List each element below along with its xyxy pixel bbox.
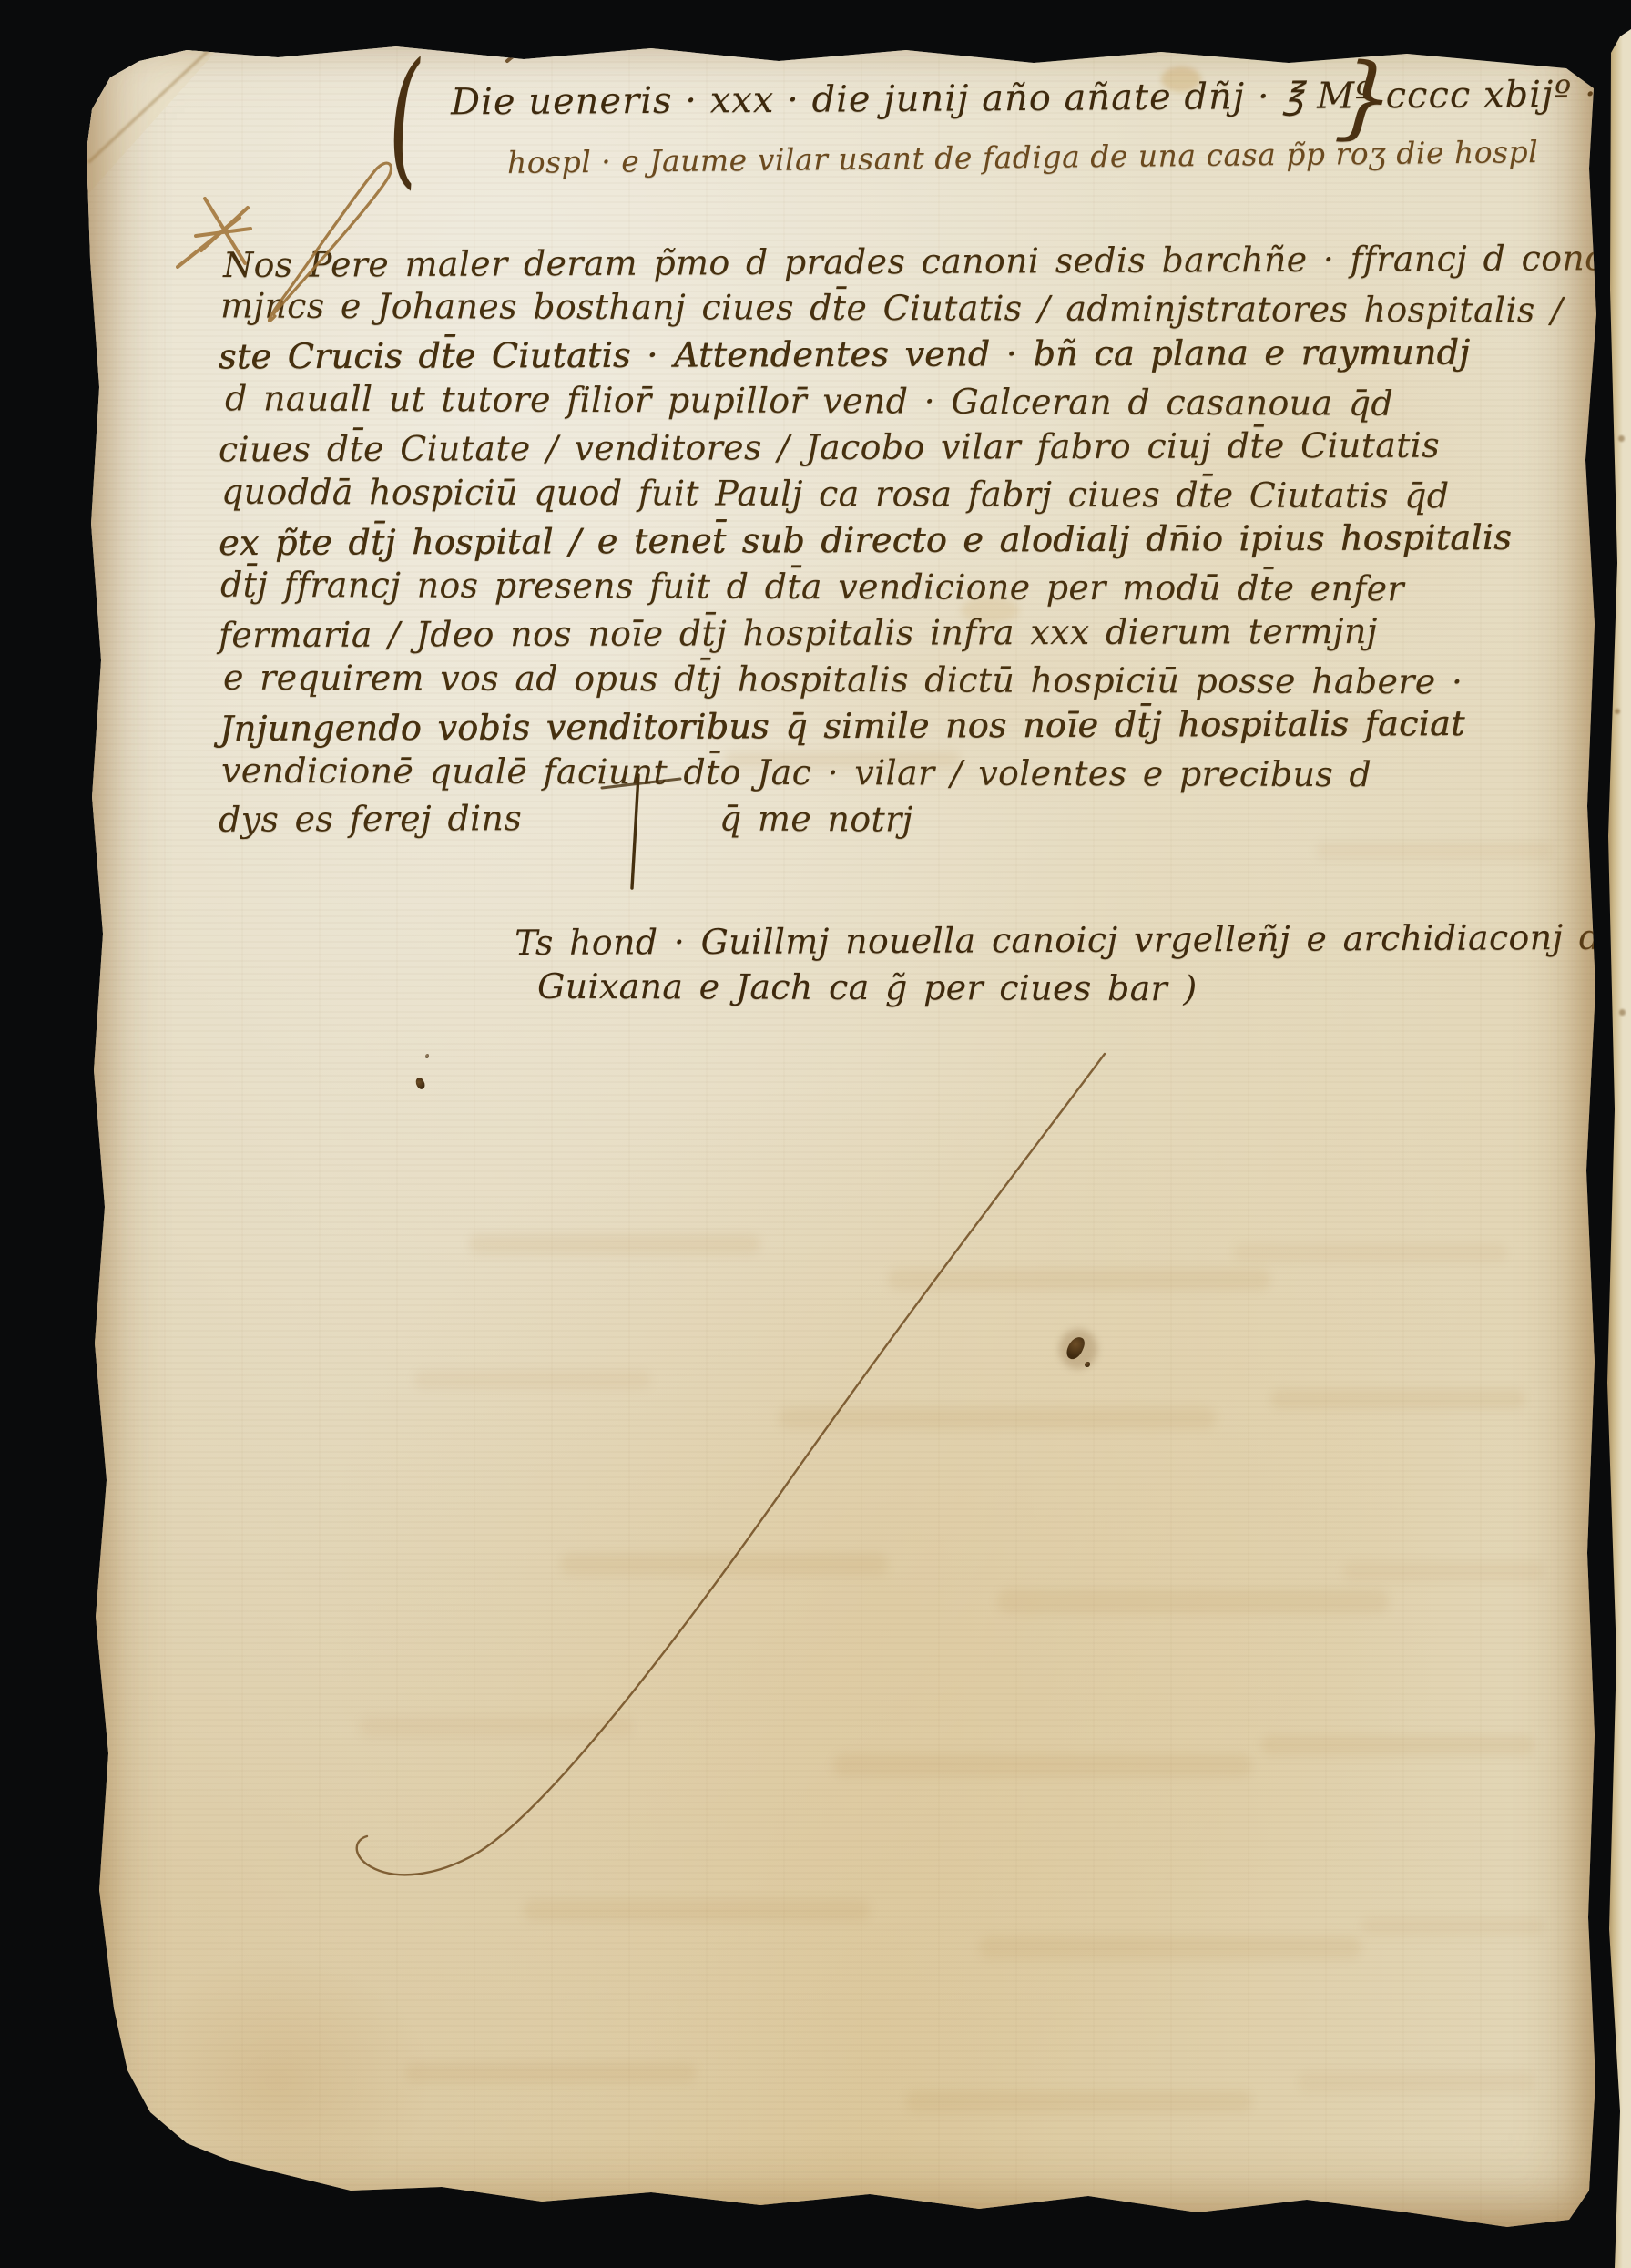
register-note: hospl · e Jaume vilar usant de fadiga de… — [507, 134, 1539, 180]
body-text-line: vendicionē qualē faciunt dt̄o Jac · vila… — [221, 751, 1371, 794]
ghost-text-smudge — [414, 1371, 651, 1389]
ghost-text-smudge — [1261, 1735, 1534, 1755]
ghost-text-smudge — [779, 1407, 1216, 1429]
manuscript-page: ( Die ueneris · xxx · die junij año añat… — [87, 23, 1598, 2232]
body-text-line: ciues dt̄e Ciutate / venditores / Jacobo… — [219, 425, 1440, 470]
ghost-text-smudge — [469, 1234, 760, 1254]
body-text-line: fermaria / Jdeo nos noīe dt̄j hospitalis… — [219, 611, 1378, 655]
ghost-text-smudge — [1343, 1562, 1544, 1580]
ink-speck — [413, 1077, 426, 1091]
body-text-line: Jnjungendo vobis venditoribus q̄ simile … — [219, 703, 1465, 749]
body-last-line-right: q̄ me notrj — [719, 798, 913, 839]
stain — [314, 1070, 1453, 2118]
stain — [123, 1954, 433, 2209]
next-folio-edge — [1606, 16, 1631, 2268]
body-text-line: e requirem vos ad opus dt̄j hospitalis d… — [223, 658, 1463, 702]
ghost-text-smudge — [1270, 1389, 1525, 1409]
ghost-text-smudge — [979, 1936, 1361, 1959]
witness-clause-line: Guixana e Jach ca g̃ per ciues bar ) — [537, 966, 1198, 1009]
fold-crease-line — [87, 30, 230, 164]
ink-blot-halo — [1059, 1329, 1097, 1369]
date-paraph-bracket-icon: ( — [384, 48, 424, 189]
ghost-text-smudge — [833, 1753, 1252, 1777]
ghost-text-smudge — [1316, 843, 1553, 859]
body-text-line: mjncs e Johanes bosthanj ciues dt̄e Ciut… — [220, 285, 1563, 330]
ghost-text-smudge — [1234, 1243, 1507, 1262]
ghost-text-smudge — [906, 2090, 1252, 2112]
witness-clause-line: Ts hond · Guillmj nouella canoicj vrgell… — [515, 917, 1602, 963]
ghost-text-smudge — [360, 1717, 633, 1737]
manuscript-photo: ( Die ueneris · xxx · die junij año añat… — [0, 0, 1631, 2268]
ghost-text-smudge — [1298, 2072, 1534, 2092]
last-line-vertical-stroke — [632, 775, 638, 888]
ink-dot — [1085, 1362, 1090, 1367]
ghost-text-smudge — [888, 1269, 1270, 1291]
top-squiggle-flourish — [507, 36, 686, 61]
ghost-text-smudge — [405, 2063, 697, 2083]
body-last-line-left: dys es ferej dins — [219, 798, 522, 840]
diagonal-pen-stroke — [357, 1054, 1105, 1875]
closing-brace-flourish-icon: } — [1333, 50, 1397, 145]
ghost-text-smudge — [997, 1589, 1389, 1613]
ghost-text-smudge — [1361, 1917, 1544, 1936]
ink-speck — [425, 1054, 429, 1058]
body-text-line: quoddā hospiciū quod fuit Paulj ca rosa … — [221, 472, 1450, 516]
folio-edge-spot — [1618, 435, 1625, 442]
folio-edge-spot — [1619, 1009, 1626, 1016]
folio-edge-spot — [1615, 709, 1620, 714]
body-text-line: ex p̃te dt̄j hospital / e tenet̄ sub dir… — [219, 517, 1512, 563]
ghost-text-smudge — [560, 1553, 888, 1575]
body-text-line: d nauall ut tutore filior̄ pupillor̄ ven… — [225, 378, 1393, 424]
body-text-line: Nos Pere maler deram p̃mo d prades canon… — [223, 238, 1631, 285]
body-text-line: dt̄j ffrancj nos presens fuit d dt̄a ven… — [220, 565, 1404, 609]
body-text-line: ste Crucis dt̄e Ciutatis · Attendentes v… — [219, 332, 1470, 377]
ghost-text-smudge — [524, 1899, 870, 1921]
ink-blot — [1064, 1334, 1086, 1362]
heading-date-line: Die ueneris · xxx · die junij año añate … — [451, 74, 1597, 124]
page-corner-fold — [87, 23, 246, 200]
